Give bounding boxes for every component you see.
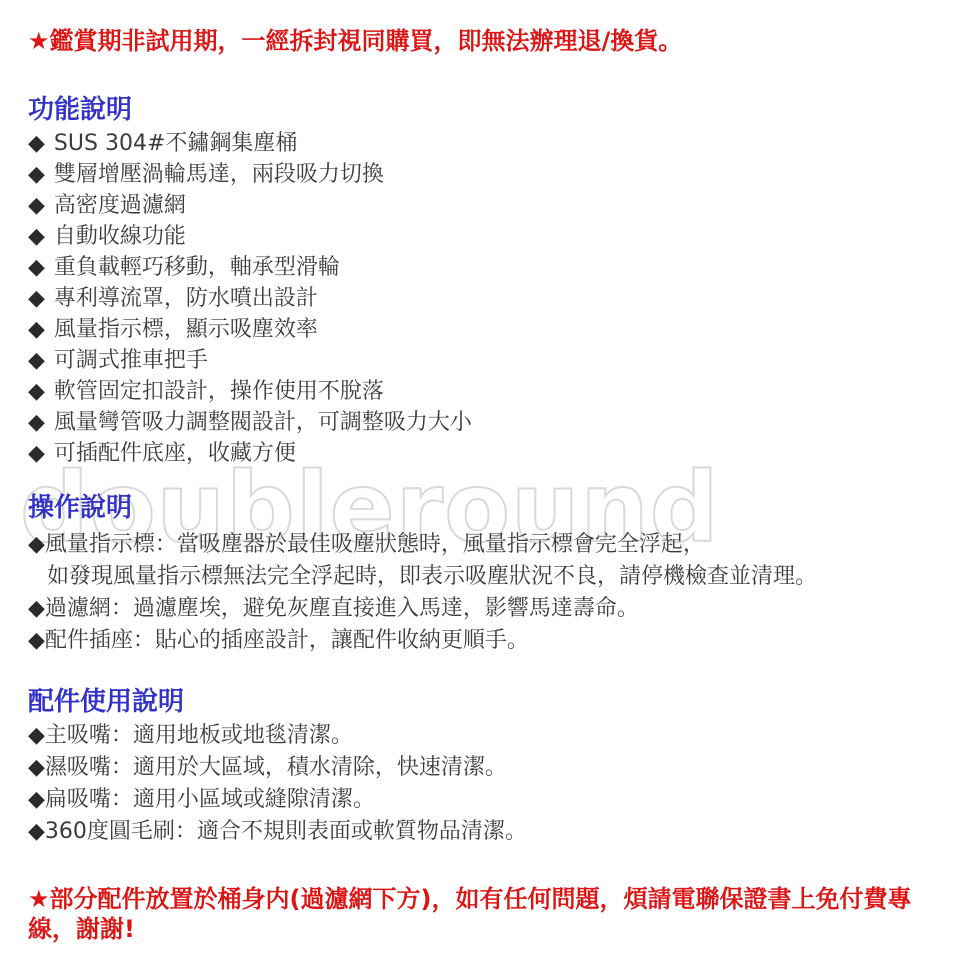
diamond-bullet-icon: ◆: [28, 224, 45, 249]
diamond-bullet-icon: ◆: [28, 379, 45, 404]
diamond-bullet-icon: ◆: [28, 723, 45, 748]
diamond-bullet-icon: ◆: [28, 348, 45, 373]
list-item: ◆配件插座：貼心的插座設計，讓配件收納更順手。: [28, 625, 950, 657]
star-icon: ★: [28, 27, 50, 55]
list-item: ◆扁吸嘴：適用小區域或縫隙清潔。: [28, 784, 950, 816]
diamond-bullet-icon: ◆: [28, 317, 45, 342]
diamond-bullet-icon: ◆: [28, 532, 45, 557]
diamond-bullet-icon: ◆: [28, 787, 45, 812]
feature-item-text: 專利導流罩，防水噴出設計: [54, 286, 318, 311]
diamond-bullet-icon: ◆: [28, 286, 45, 311]
operation-section-heading: 操作說明: [28, 493, 950, 523]
list-item: ◆風量指示標：當吸塵器於最佳吸塵狀態時，風量指示標會完全浮起，: [28, 529, 950, 561]
features-section-heading: 功能說明: [28, 95, 950, 125]
feature-item-text: 自動收線功能: [54, 224, 186, 249]
feature-item-text: 可調式推車把手: [54, 348, 208, 373]
list-item: ◆可調式推車把手: [28, 345, 950, 376]
feature-item-text: SUS 304#不鏽鋼集塵桶: [54, 131, 297, 156]
diamond-bullet-icon: ◆: [28, 596, 45, 621]
accessory-item-text: 扁吸嘴：適用小區域或縫隙清潔。: [45, 787, 375, 812]
list-item: ◆風量彎管吸力調整閥設計，可調整吸力大小: [28, 407, 950, 438]
list-item: ◆高密度過濾網: [28, 190, 950, 221]
list-item: ◆專利導流罩，防水噴出設計: [28, 283, 950, 314]
feature-item-text: 可插配件底座，收藏方便: [54, 441, 296, 466]
feature-item-text: 高密度過濾網: [54, 193, 186, 218]
list-item: ◆風量指示標，顯示吸塵效率: [28, 314, 950, 345]
list-item: ◆雙層增壓渦輪馬達，兩段吸力切換: [28, 159, 950, 190]
diamond-bullet-icon: ◆: [28, 255, 45, 280]
list-item-continuation: 如發現風量指示標無法完全浮起時，即表示吸塵狀況不良，請停機檢查並清理。: [28, 561, 950, 593]
operation-item-text: 風量指示標：當吸塵器於最佳吸塵狀態時，風量指示標會完全浮起，: [45, 532, 705, 557]
bottom-warning: ★部分配件放置於桶身内(過濾網下方)，如有任何問題，煩請電聯保證書上免付費專線，…: [28, 884, 950, 944]
feature-item-text: 軟管固定扣設計，操作使用不脫落: [54, 379, 384, 404]
feature-item-text: 重負載輕巧移動，軸承型滑輪: [54, 255, 340, 280]
diamond-bullet-icon: ◆: [28, 410, 45, 435]
product-description-page: doubleround ★鑑賞期非試用期，一經拆封視同購買，即無法辦理退/換貨。…: [0, 0, 980, 980]
list-item: ◆主吸嘴：適用地板或地毯清潔。: [28, 720, 950, 752]
diamond-bullet-icon: ◆: [28, 441, 45, 466]
diamond-bullet-icon: ◆: [28, 819, 45, 844]
top-warning: ★鑑賞期非試用期，一經拆封視同購買，即無法辦理退/換貨。: [28, 26, 950, 56]
accessory-item-text: 360度圓毛刷：適合不規則表面或軟質物品清潔。: [45, 819, 527, 844]
list-item: ◆濕吸嘴：適用於大區域，積水清除，快速清潔。: [28, 752, 950, 784]
features-list: ◆SUS 304#不鏽鋼集塵桶 ◆雙層增壓渦輪馬達，兩段吸力切換 ◆高密度過濾網…: [28, 128, 950, 469]
list-item: ◆SUS 304#不鏽鋼集塵桶: [28, 128, 950, 159]
accessories-list: ◆主吸嘴：適用地板或地毯清潔。 ◆濕吸嘴：適用於大區域，積水清除，快速清潔。 ◆…: [28, 720, 950, 848]
feature-item-text: 風量指示標，顯示吸塵效率: [54, 317, 318, 342]
operation-item-text: 過濾網：過濾塵埃，避免灰塵直接進入馬達，影響馬達壽命。: [45, 596, 639, 621]
accessories-section-heading: 配件使用說明: [28, 687, 950, 717]
diamond-bullet-icon: ◆: [28, 628, 45, 653]
list-item: ◆軟管固定扣設計，操作使用不脫落: [28, 376, 950, 407]
star-icon: ★: [28, 885, 50, 913]
top-warning-text: 鑑賞期非試用期，一經拆封視同購買，即無法辦理退/換貨。: [50, 27, 683, 55]
list-item: ◆重負載輕巧移動，軸承型滑輪: [28, 252, 950, 283]
operation-item-text: 配件插座：貼心的插座設計，讓配件收納更順手。: [45, 628, 529, 653]
operation-list: ◆風量指示標：當吸塵器於最佳吸塵狀態時，風量指示標會完全浮起， 如發現風量指示標…: [28, 529, 950, 657]
diamond-bullet-icon: ◆: [28, 131, 45, 156]
feature-item-text: 雙層增壓渦輪馬達，兩段吸力切換: [54, 162, 384, 187]
bottom-warning-text: 部分配件放置於桶身内(過濾網下方)，如有任何問題，煩請電聯保證書上免付費專線，謝…: [28, 885, 911, 943]
accessory-item-text: 濕吸嘴：適用於大區域，積水清除，快速清潔。: [45, 755, 507, 780]
list-item: ◆360度圓毛刷：適合不規則表面或軟質物品清潔。: [28, 816, 950, 848]
feature-item-text: 風量彎管吸力調整閥設計，可調整吸力大小: [54, 410, 472, 435]
operation-item-text: 如發現風量指示標無法完全浮起時，即表示吸塵狀況不良，請停機檢查並清理。: [47, 564, 817, 589]
list-item: ◆自動收線功能: [28, 221, 950, 252]
page-content: ★鑑賞期非試用期，一經拆封視同購買，即無法辦理退/換貨。 功能說明 ◆SUS 3…: [0, 0, 980, 944]
diamond-bullet-icon: ◆: [28, 193, 45, 218]
list-item: ◆可插配件底座，收藏方便: [28, 438, 950, 469]
diamond-bullet-icon: ◆: [28, 162, 45, 187]
list-item: ◆過濾網：過濾塵埃，避免灰塵直接進入馬達，影響馬達壽命。: [28, 593, 950, 625]
diamond-bullet-icon: ◆: [28, 755, 45, 780]
accessory-item-text: 主吸嘴：適用地板或地毯清潔。: [45, 723, 353, 748]
